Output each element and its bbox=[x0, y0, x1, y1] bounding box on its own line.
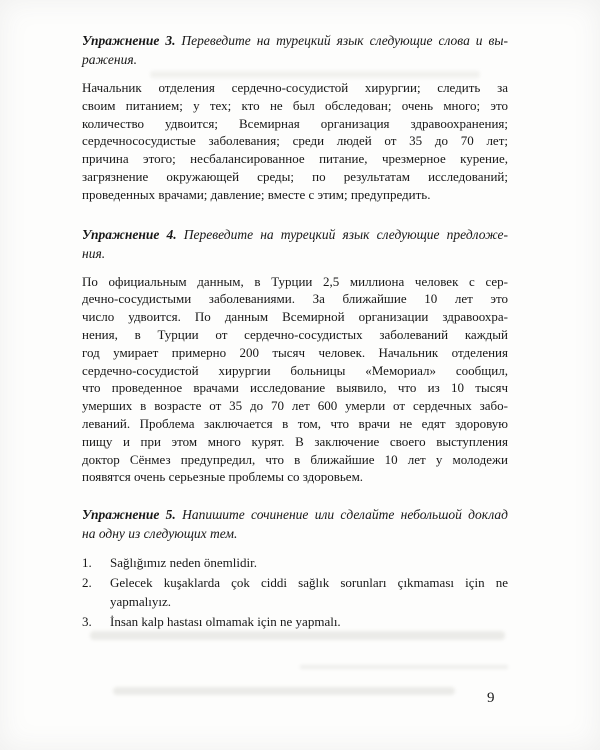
text-line: Gelecek kuşaklarda çok ciddi sağlık soru… bbox=[110, 573, 508, 592]
text-line: год умирает примерно 200 тысяч человек. … bbox=[82, 344, 508, 362]
exercise-4-body: По официальным данным, в Турции 2,5 милл… bbox=[82, 273, 508, 487]
page-content: Упражнение 3. Переведите на турецкий язы… bbox=[82, 31, 508, 632]
text-line: появятся очень серьезные проблемы со здо… bbox=[82, 468, 508, 486]
scanned-book-page: Упражнение 3. Переведите на турецкий язы… bbox=[0, 0, 600, 750]
text-line: количество удвоится; Всемирная организац… bbox=[82, 115, 508, 133]
text-line: По официальным данным, в Турции 2,5 милл… bbox=[82, 273, 508, 291]
text-line: İnsan kalp hastası olmamak için ne yapma… bbox=[110, 612, 508, 631]
text-line: нения, в Турции от сердечно-сосудистых з… bbox=[82, 326, 508, 344]
list-item-number: 3. bbox=[82, 612, 110, 631]
exercise-5-instruction-part2: на одну из следующих тем. bbox=[82, 524, 508, 543]
list-item-text: Sağlığımız neden önemlidir. bbox=[110, 553, 508, 572]
list-item: 3. İnsan kalp hastası olmamak için ne ya… bbox=[82, 612, 508, 631]
exercise-4-heading: Упражнение 4. Переведите на турецкий язы… bbox=[82, 225, 508, 263]
exercise-5-label: Упражнение 5. bbox=[82, 507, 176, 522]
text-line: Начальник отделения сердечно-сосудистой … bbox=[82, 79, 508, 97]
text-line: сердечно-сосудистой хирургии больницы «М… bbox=[82, 362, 508, 380]
text-line: пищу и при этом много курят. В заключени… bbox=[82, 433, 508, 451]
exercise-3-heading: Упражнение 3. Переведите на турецкий язы… bbox=[82, 31, 508, 69]
text-line: дечно-сосудистыми заболеваниями. За ближ… bbox=[82, 290, 508, 308]
exercise-4-instruction-part1: Переведите на турецкий язык следующие пр… bbox=[184, 227, 508, 242]
text-line: своим питанием; у тех; кто не был обслед… bbox=[82, 97, 508, 115]
text-line: загрязнение окружающей среды; по результ… bbox=[82, 168, 508, 186]
scan-artifact bbox=[90, 631, 505, 640]
text-line: умерших в возрасте от 35 до 70 лет 600 у… bbox=[82, 397, 508, 415]
page-number: 9 bbox=[487, 690, 495, 707]
text-line: доктор Сёнмез предупредил, что в ближайш… bbox=[82, 451, 508, 469]
text-line: что проведенное врачами исследование выя… bbox=[82, 379, 508, 397]
text-line: причина этого; несбалансированное питани… bbox=[82, 150, 508, 168]
exercise-5-heading-line1: Упражнение 5. Напишите сочинение или сде… bbox=[82, 505, 508, 524]
exercise-3-heading-line1: Упражнение 3. Переведите на турецкий язы… bbox=[82, 31, 508, 50]
list-item-text: Gelecek kuşaklarda çok ciddi sağlık soru… bbox=[110, 573, 508, 611]
exercise-3-instruction-part1: Переведите на турецкий язык следующие сл… bbox=[181, 33, 508, 48]
scan-artifact bbox=[113, 687, 455, 695]
text-line: Sağlığımız neden önemlidir. bbox=[110, 553, 508, 572]
scan-artifact bbox=[300, 665, 508, 669]
list-item-number: 1. bbox=[82, 553, 110, 572]
exercise-3-body: Начальник отделения сердечно-сосудистой … bbox=[82, 79, 508, 204]
exercise-4-heading-line1: Упражнение 4. Переведите на турецкий язы… bbox=[82, 225, 508, 244]
exercise-5-instruction-part1: Напишите сочинение или сделайте небольшо… bbox=[182, 507, 508, 522]
list-item: 2. Gelecek kuşaklarda çok ciddi sağlık s… bbox=[82, 573, 508, 611]
list-item-number: 2. bbox=[82, 573, 110, 592]
text-line: проведенных врачами; давление; вместе с … bbox=[82, 186, 508, 204]
exercise-4-label: Упражнение 4. bbox=[82, 227, 177, 242]
text-line: yapmalıyız. bbox=[110, 592, 508, 611]
exercise-5-topic-list: 1. Sağlığımız neden önemlidir. 2. Gelece… bbox=[82, 553, 508, 631]
list-item: 1. Sağlığımız neden önemlidir. bbox=[82, 553, 508, 572]
exercise-4-instruction-part2: ния. bbox=[82, 244, 508, 263]
list-item-text: İnsan kalp hastası olmamak için ne yapma… bbox=[110, 612, 508, 631]
exercise-3-label: Упражнение 3. bbox=[82, 33, 175, 48]
text-line: число удвоится. По данным Всемирной орга… bbox=[82, 308, 508, 326]
text-line: сердечнососудистые заболевания; среди лю… bbox=[82, 132, 508, 150]
exercise-5-heading: Упражнение 5. Напишите сочинение или сде… bbox=[82, 505, 508, 543]
text-line: леваний. Проблема заключается в том, что… bbox=[82, 415, 508, 433]
exercise-3-instruction-part2: ражения. bbox=[82, 50, 508, 69]
